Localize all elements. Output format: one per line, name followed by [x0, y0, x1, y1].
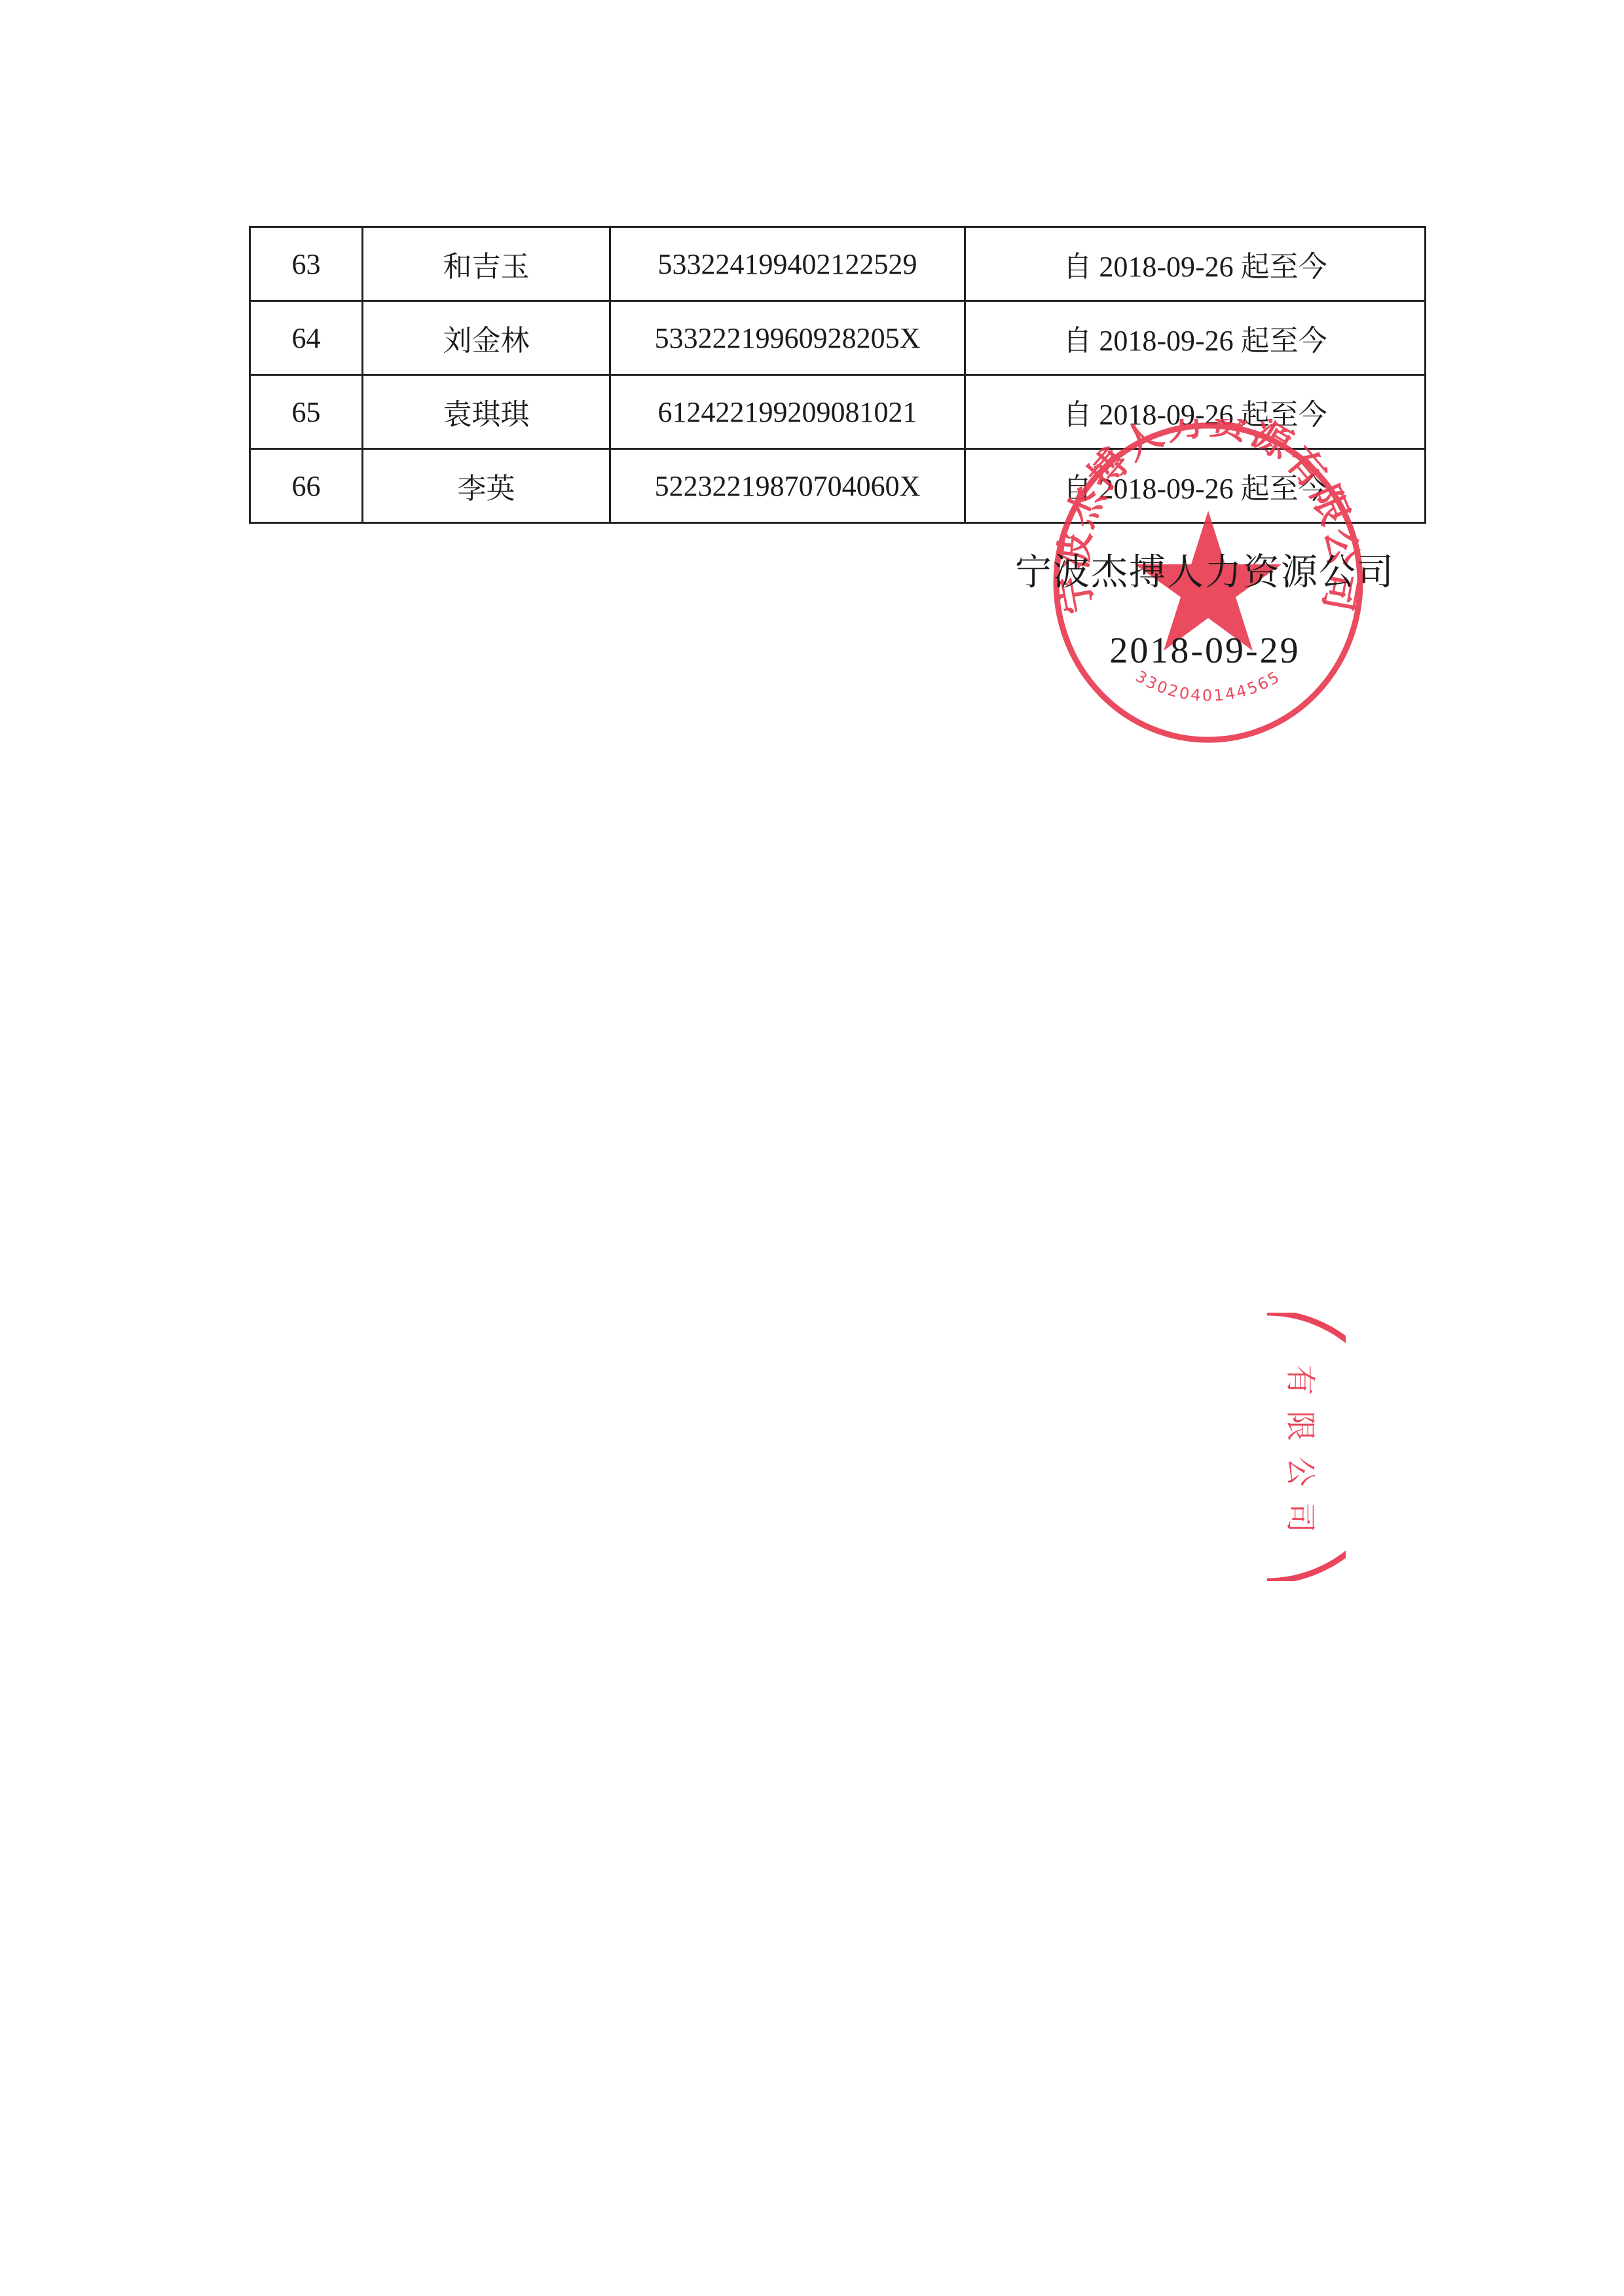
- id-number: 612422199209081021: [610, 375, 965, 449]
- company-name: 宁波杰搏人力资源公司: [1008, 543, 1401, 596]
- signature-date: 2018-09-29: [1008, 630, 1401, 672]
- partial-seal: 有限公司: [1254, 1313, 1346, 1581]
- id-number: 53322219960928205X: [610, 301, 965, 375]
- employee-table: 63 和吉玉 533224199402122529 自 2018-09-26 起…: [249, 226, 1426, 524]
- row-number: 63: [250, 227, 363, 301]
- employment-period: 自 2018-09-26 起至今: [965, 227, 1426, 301]
- signature-block: 宁波杰搏人力资源公司 2018-09-29: [1008, 543, 1401, 672]
- table-row: 64 刘金林 53322219960928205X 自 2018-09-26 起…: [250, 301, 1426, 375]
- table-row: 63 和吉玉 533224199402122529 自 2018-09-26 起…: [250, 227, 1426, 301]
- seal-code: 3302040144565: [1132, 667, 1283, 705]
- employment-period: 自 2018-09-26 起至今: [965, 301, 1426, 375]
- row-number: 64: [250, 301, 363, 375]
- id-number: 533224199402122529: [610, 227, 965, 301]
- row-number: 65: [250, 375, 363, 449]
- employment-period: 自 2018-09-26 起至今: [965, 449, 1426, 523]
- table-row: 65 袁琪琪 612422199209081021 自 2018-09-26 起…: [250, 375, 1426, 449]
- employee-name: 和吉玉: [363, 227, 610, 301]
- employee-name: 李英: [363, 449, 610, 523]
- row-number: 66: [250, 449, 363, 523]
- employment-period: 自 2018-09-26 起至今: [965, 375, 1426, 449]
- employee-name: 刘金林: [363, 301, 610, 375]
- id-number: 52232219870704060X: [610, 449, 965, 523]
- document-page: 63 和吉玉 533224199402122529 自 2018-09-26 起…: [0, 0, 1624, 2296]
- employee-name: 袁琪琪: [363, 375, 610, 449]
- partial-seal-text: 有限公司: [1283, 1365, 1318, 1548]
- table-row: 66 李英 52232219870704060X 自 2018-09-26 起至…: [250, 449, 1426, 523]
